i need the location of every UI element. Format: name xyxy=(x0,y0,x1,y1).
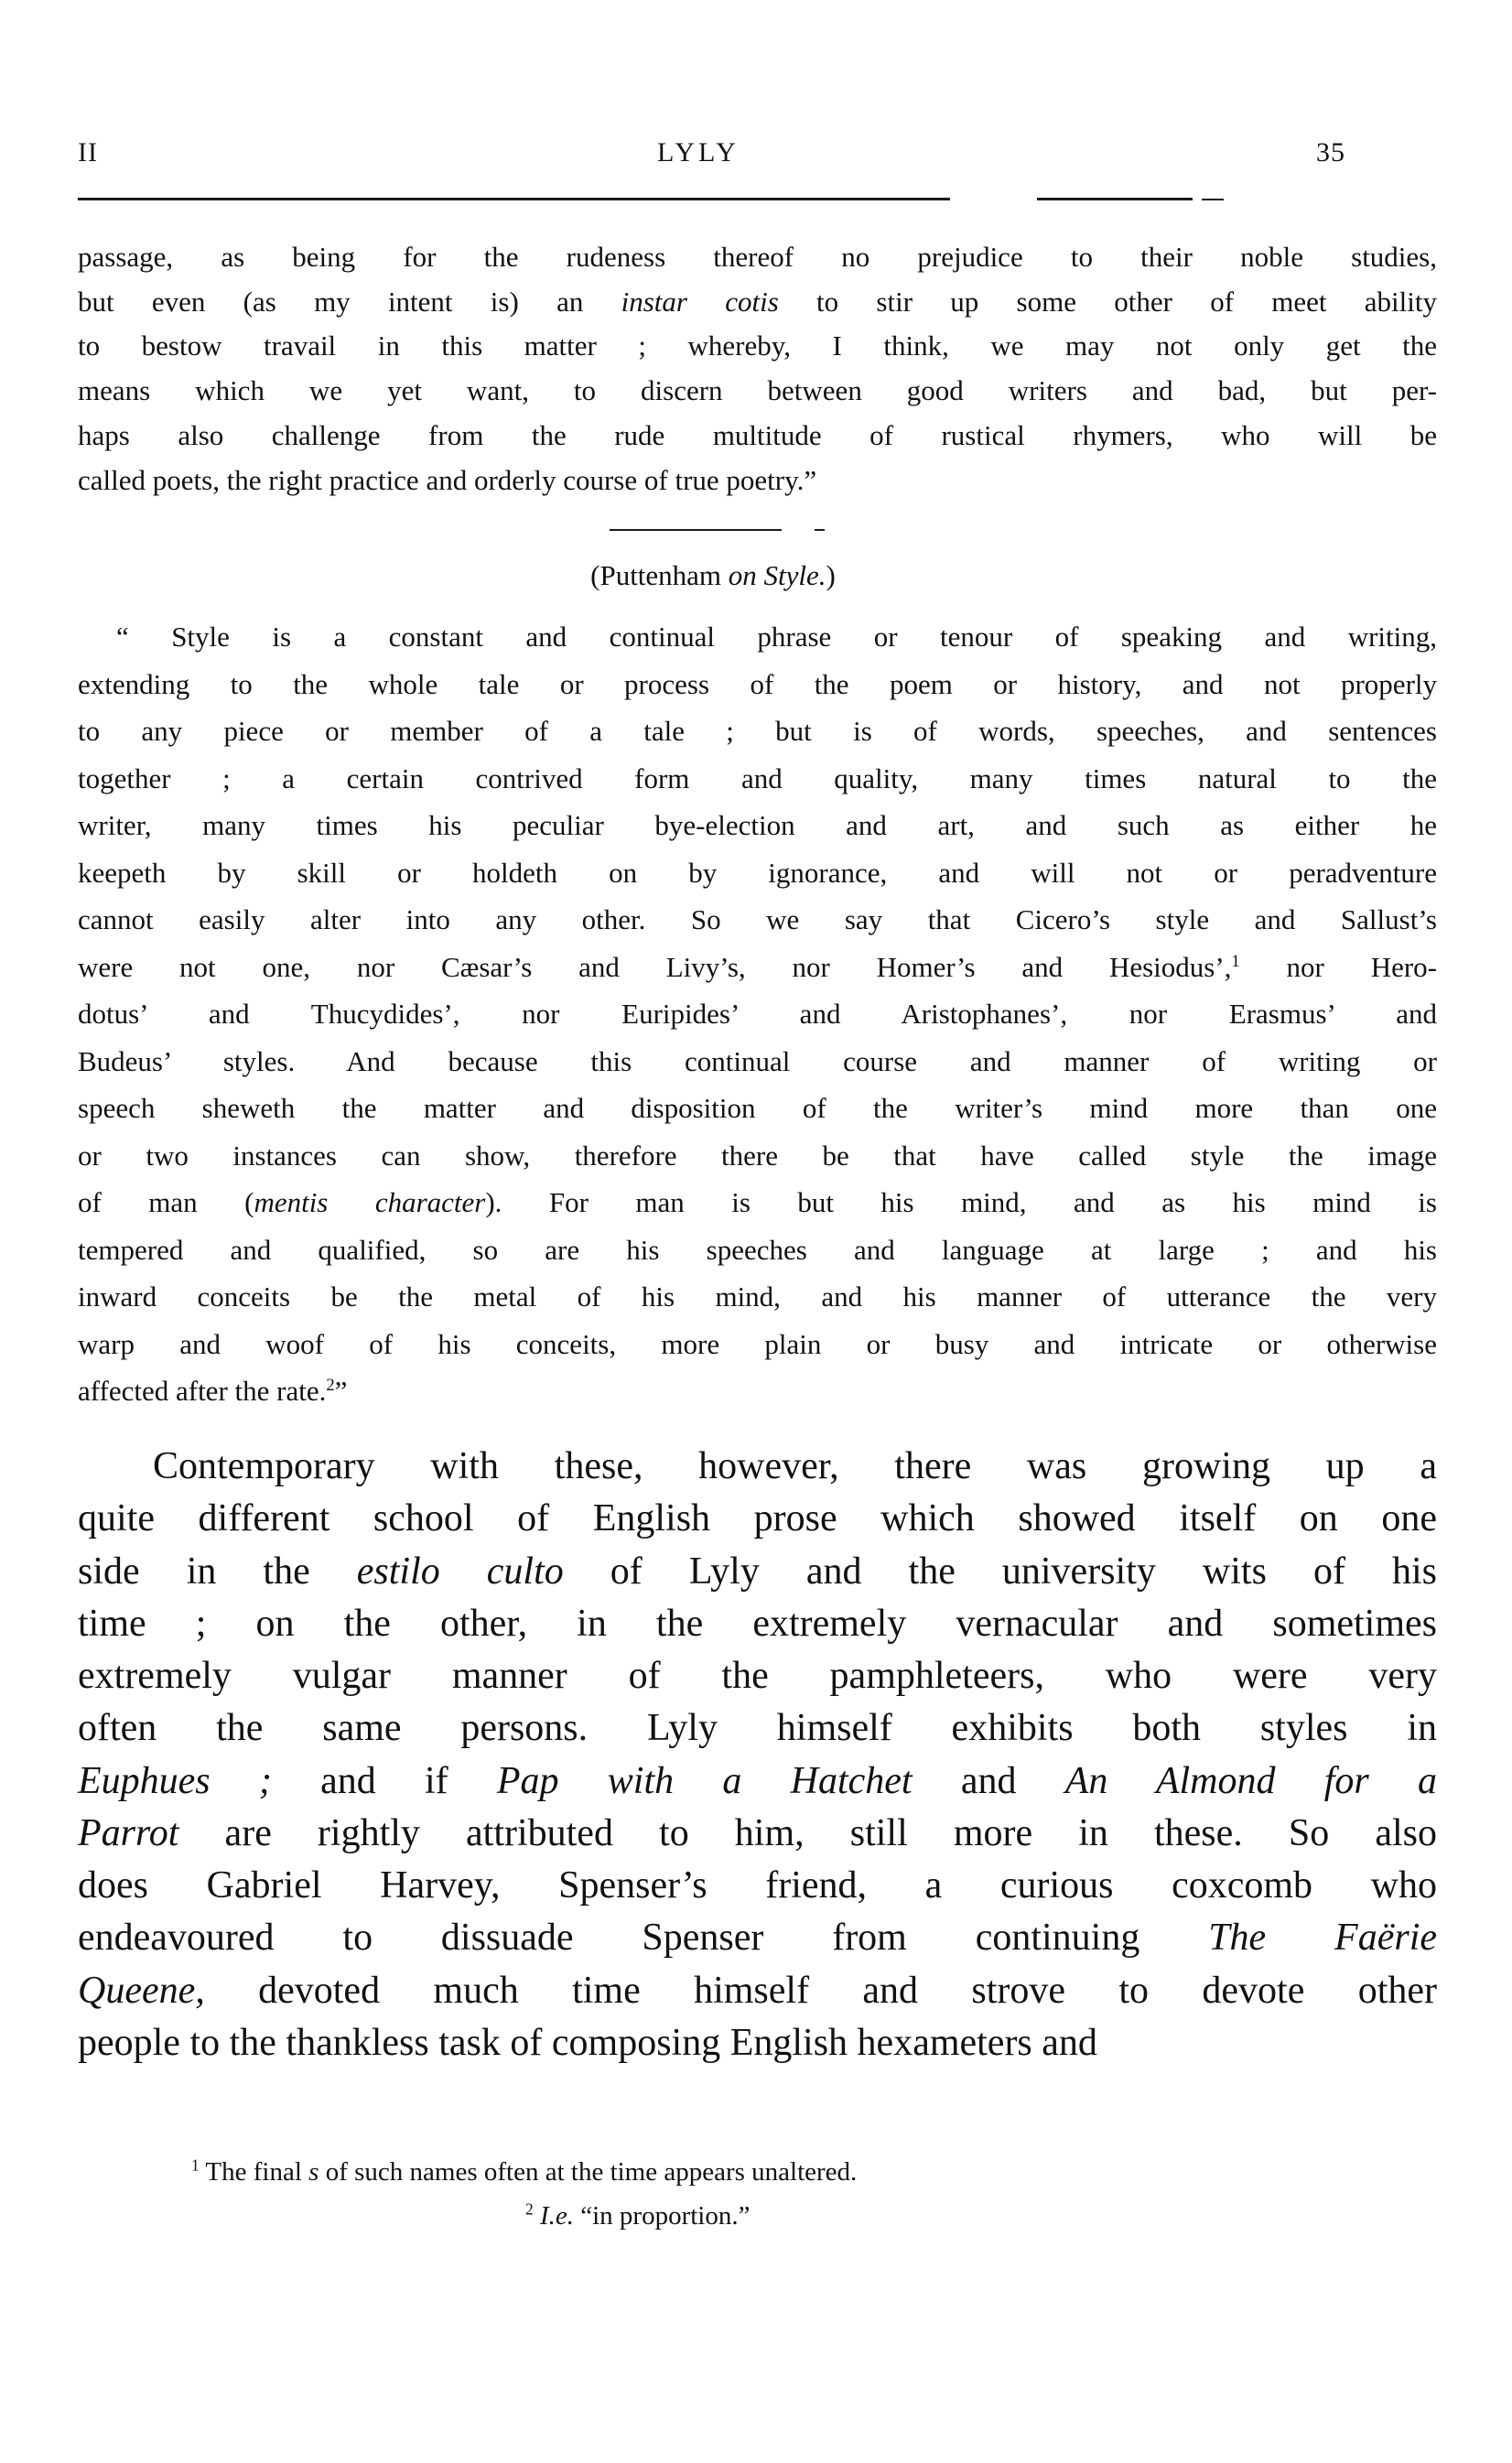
text-line: keepeth by skill or holdeth on by ignora… xyxy=(78,858,1437,889)
text-run: to any piece or member of a tale ; but i… xyxy=(78,715,1437,747)
text-run: often the same persons. Lyly himself exh… xyxy=(78,1707,1437,1749)
text-run: to bestow travail in this matter ; where… xyxy=(78,329,1437,362)
italic-run: Queene, xyxy=(78,1970,205,2012)
text-line: time ; on the other, in the extremely ve… xyxy=(78,1603,1437,1645)
text-run: nor Hero- xyxy=(1240,951,1437,983)
heading-italic: on Style. xyxy=(729,559,826,591)
text-run: dotus’ and Thucydides’, nor Euripides’ a… xyxy=(78,998,1437,1030)
text-run: cannot easily alter into any other. So w… xyxy=(78,903,1437,935)
text-line: means which we yet want, to discern betw… xyxy=(78,375,1437,406)
heading-prefix: (Puttenham xyxy=(590,559,729,591)
text-run: but even (as my intent is) an xyxy=(78,286,621,318)
text-run: together ; a certain contrived form and … xyxy=(78,762,1437,794)
text-line: inward conceits be the metal of his mind… xyxy=(78,1281,1437,1313)
footnote-marker: 2 xyxy=(525,2200,534,2219)
header-rule-right xyxy=(1037,198,1193,200)
italic-run: An Almond for a xyxy=(1065,1760,1437,1802)
text-line: cannot easily alter into any other. So w… xyxy=(78,904,1437,935)
text-run: “ Style is a constant and continual phra… xyxy=(116,621,1437,653)
italic-run: Parrot xyxy=(78,1812,178,1854)
text-line: affected after the rate.2” xyxy=(78,1376,1437,1407)
text-line: “ Style is a constant and continual phra… xyxy=(116,621,1437,653)
text-run: of Lyly and the university wits of his xyxy=(564,1550,1437,1593)
page-number: 35 xyxy=(1316,137,1345,168)
text-line: Queene, devoted much time himself and st… xyxy=(78,1970,1437,2012)
text-run: keepeth by skill or holdeth on by ignora… xyxy=(78,857,1437,889)
text-line: warp and woof of his conceits, more plai… xyxy=(78,1329,1437,1360)
text-run xyxy=(534,2201,540,2231)
text-run: Contemporary with these, however, there … xyxy=(153,1445,1437,1487)
italic-run: estilo culto xyxy=(357,1550,564,1593)
text-line: to any piece or member of a tale ; but i… xyxy=(78,716,1437,747)
text-line: called poets, the right practice and ord… xyxy=(78,465,1437,496)
text-line: quite different school of English prose … xyxy=(78,1497,1437,1539)
text-line: passage, as being for the rudeness there… xyxy=(78,242,1437,273)
text-run: of such names often at the time appears … xyxy=(319,2157,857,2187)
heading-suffix: ) xyxy=(826,559,836,591)
footnote-2: 2 I.e. “in proportion.” xyxy=(525,2201,750,2231)
text-run: quite different school of English prose … xyxy=(78,1497,1437,1539)
header-rule xyxy=(78,198,950,200)
text-line: people to the thankless task of composin… xyxy=(78,2022,1437,2064)
italic-run: s xyxy=(308,2157,319,2187)
text-run: ” xyxy=(335,1375,348,1407)
text-run: inward conceits be the metal of his mind… xyxy=(78,1280,1437,1313)
text-run: called poets, the right practice and ord… xyxy=(78,464,816,496)
italic-run: mentis character xyxy=(254,1186,485,1218)
text-line: often the same persons. Lyly himself exh… xyxy=(78,1707,1437,1749)
text-run: time ; on the other, in the extremely ve… xyxy=(78,1603,1437,1645)
footnote-ref: 2 xyxy=(326,1376,334,1395)
text-run: does Gabriel Harvey, Spenser’s friend, a… xyxy=(78,1864,1437,1907)
text-line: does Gabriel Harvey, Spenser’s friend, a… xyxy=(78,1864,1437,1907)
text-run: were not one, nor Cæsar’s and Livy’s, no… xyxy=(78,951,1231,983)
text-run: or two instances can show, therefore the… xyxy=(78,1140,1437,1172)
text-run: devoted much time himself and strove to … xyxy=(205,1970,1437,2012)
footnote-marker: 1 xyxy=(191,2156,200,2175)
text-line: Euphues ; and if Pap with a Hatchet and … xyxy=(78,1760,1437,1802)
text-run: tempered and qualified, so are his speec… xyxy=(78,1234,1437,1266)
italic-run: Pap with a Hatchet xyxy=(497,1760,913,1802)
text-run: The final xyxy=(200,2157,308,2187)
italic-run: I.e. xyxy=(540,2201,574,2231)
italic-run: The Faërie xyxy=(1208,1917,1437,1959)
text-line: tempered and qualified, so are his speec… xyxy=(78,1235,1437,1266)
section-heading: (Puttenham on Style.) xyxy=(537,560,889,591)
text-line: dotus’ and Thucydides’, nor Euripides’ a… xyxy=(78,999,1437,1030)
text-line: were not one, nor Cæsar’s and Livy’s, no… xyxy=(78,952,1437,983)
text-run: extending to the whole tale or process o… xyxy=(78,668,1437,700)
text-run: writer, many times his peculiar bye-elec… xyxy=(78,809,1437,841)
text-run: means which we yet want, to discern betw… xyxy=(78,374,1437,406)
text-run: passage, as being for the rudeness there… xyxy=(78,241,1437,273)
text-line: Budeus’ styles. And because this continu… xyxy=(78,1046,1437,1077)
text-run: are rightly attributed to him, still mor… xyxy=(178,1812,1437,1854)
text-run: ). For man is but his mind, and as his m… xyxy=(485,1186,1437,1218)
text-line: together ; a certain contrived form and … xyxy=(78,763,1437,794)
header-rule-dash xyxy=(1202,199,1224,200)
text-line: writer, many times his peculiar bye-elec… xyxy=(78,810,1437,841)
text-run: Budeus’ styles. And because this continu… xyxy=(78,1045,1437,1077)
text-run: to stir up some other of meet ability xyxy=(779,286,1437,318)
text-run: affected after the rate. xyxy=(78,1375,326,1407)
text-run: extremely vulgar manner of the pamphlete… xyxy=(78,1655,1437,1697)
running-title: LYLY xyxy=(643,137,753,168)
text-run: and if xyxy=(272,1760,497,1802)
text-line: extending to the whole tale or process o… xyxy=(78,669,1437,700)
text-line: haps also challenge from the rude multit… xyxy=(78,420,1437,451)
text-line: but even (as my intent is) an instar cot… xyxy=(78,286,1437,318)
text-run: side in the xyxy=(78,1550,357,1593)
text-run: people to the thankless task of composin… xyxy=(78,2022,1097,2064)
text-run: of man ( xyxy=(78,1186,254,1218)
text-run: and xyxy=(913,1760,1065,1802)
text-line: endeavoured to dissuade Spenser from con… xyxy=(78,1917,1437,1959)
footnote-1: 1 The final s of such names often at the… xyxy=(191,2157,857,2187)
text-line: Parrot are rightly attributed to him, st… xyxy=(78,1812,1437,1854)
text-line: of man (mentis character). For man is bu… xyxy=(78,1187,1437,1218)
text-line: to bestow travail in this matter ; where… xyxy=(78,330,1437,362)
text-line: speech sheweth the matter and dispositio… xyxy=(78,1093,1437,1124)
text-run: endeavoured to dissuade Spenser from con… xyxy=(78,1917,1208,1959)
text-run: warp and woof of his conceits, more plai… xyxy=(78,1328,1437,1360)
text-line: or two instances can show, therefore the… xyxy=(78,1140,1437,1172)
italic-run: instar cotis xyxy=(621,286,779,318)
text-run: speech sheweth the matter and dispositio… xyxy=(78,1092,1437,1124)
text-run: haps also challenge from the rude multit… xyxy=(78,419,1437,451)
section-rule-dash xyxy=(815,529,825,531)
footnote-ref: 1 xyxy=(1231,951,1239,970)
italic-run: Euphues ; xyxy=(78,1760,272,1802)
text-run: “in proportion.” xyxy=(574,2201,750,2231)
text-line: side in the estilo culto of Lyly and the… xyxy=(78,1550,1437,1593)
chapter-numeral: II xyxy=(78,137,98,168)
text-line: extremely vulgar manner of the pamphlete… xyxy=(78,1655,1437,1697)
section-rule xyxy=(610,529,782,531)
text-line: Contemporary with these, however, there … xyxy=(153,1445,1437,1487)
